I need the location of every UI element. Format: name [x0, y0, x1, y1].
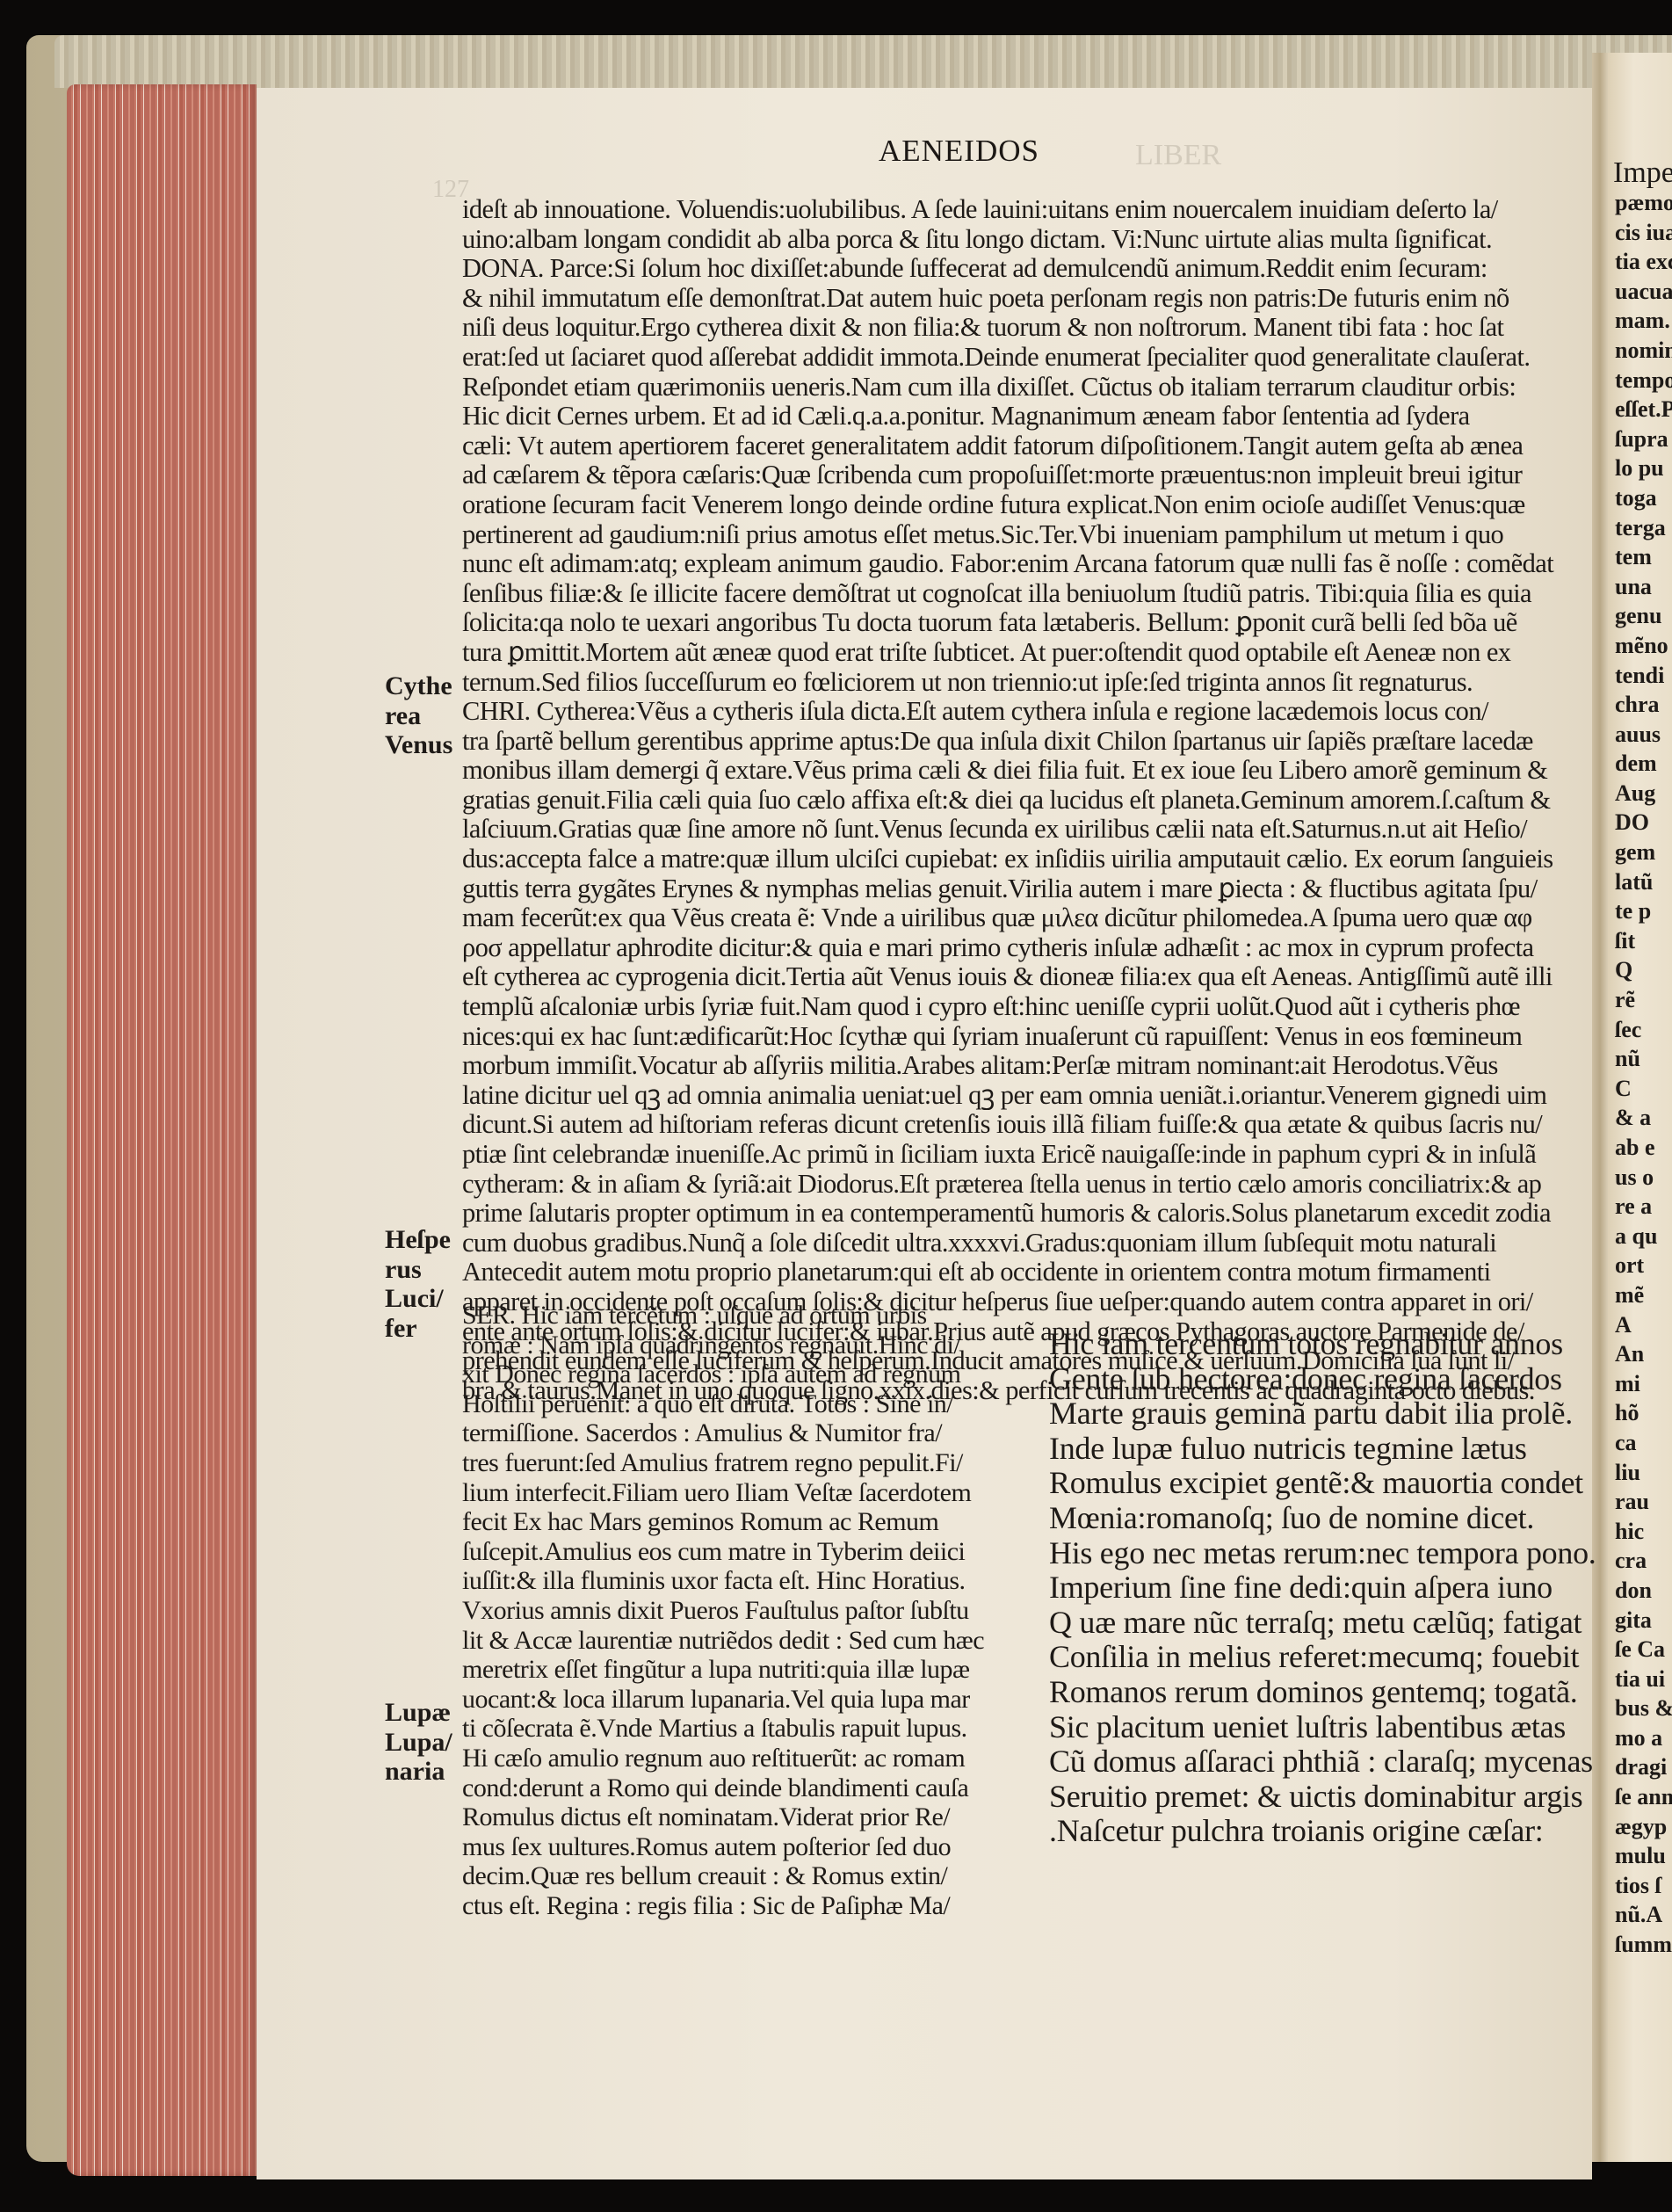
text-line: CHRI. Cytherea:Vẽus a cytheris iſula dic… — [462, 697, 1592, 727]
text-line: Vxorius amnis dixit Pueros Fauſtulus paſ… — [462, 1596, 1077, 1626]
text-line: DONA. Parce:Si ſolum hoc dixiſſet:abunde… — [462, 254, 1592, 284]
text-line: bus & — [1615, 1693, 1672, 1723]
book-cover-top-edge — [54, 35, 1672, 88]
bleed-through-head: LIBER — [1135, 139, 1221, 172]
text-line: chra — [1615, 690, 1672, 720]
margin-note-cytherea: Cythe rea Venus — [385, 671, 452, 760]
lower-section: SER. Hic iam tercẽtum : uſque ad ortum u… — [462, 1301, 1592, 2004]
text-line: rau — [1615, 1487, 1672, 1517]
margin-note-line: Lupæ — [385, 1698, 452, 1728]
text-line: latũ — [1615, 867, 1672, 897]
facing-page-head: Impe — [1613, 156, 1672, 190]
text-line: mi — [1615, 1369, 1672, 1399]
text-line: toga — [1615, 483, 1672, 513]
text-line: C — [1615, 1074, 1672, 1104]
text-line: Mœnia:romanoſq; ſuo de nomine dicet. — [1049, 1501, 1611, 1536]
text-line: Q uæ mare nũc terraſq; metu cælũq; fatig… — [1049, 1606, 1611, 1641]
text-line: ægyp — [1615, 1812, 1672, 1842]
text-line: ſit — [1615, 926, 1672, 956]
text-line: uacua — [1615, 277, 1672, 307]
text-line: nũ.A — [1615, 1900, 1672, 1930]
text-line: Reſpondet etiam quærimoniis ueneris.Nam … — [462, 373, 1592, 403]
text-line: Inde lupæ fuluo nutricis tegmine lætus — [1049, 1432, 1611, 1467]
text-line: prime ſalutaris propter optimum in ea co… — [462, 1199, 1592, 1229]
text-line: Conſilia in melius referet:mecumq; foueb… — [1049, 1640, 1611, 1675]
text-line: laſciuum.Gratias quæ ſine amore nõ ſunt.… — [462, 815, 1592, 845]
red-page-edges — [67, 84, 257, 2176]
main-text-block: ideſt ab innouatione. Voluendis:uolubili… — [462, 195, 1592, 1405]
text-line: tia ui — [1615, 1664, 1672, 1694]
text-line: ροσ appellatur aphrodite dicitur:& quia … — [462, 933, 1592, 963]
text-line: cra — [1615, 1546, 1672, 1576]
text-line: pæmo — [1615, 188, 1672, 218]
text-line: a qu — [1615, 1222, 1672, 1251]
text-line: decim.Quæ res bellum creauit : & Romus e… — [462, 1861, 1077, 1891]
text-line: iuſſit:& illa fluminis uxor facta eſt. H… — [462, 1566, 1077, 1596]
text-line: Sic placitum ueniet luſtris labentibus æ… — [1049, 1710, 1611, 1745]
text-line: tres fuerunt:ſed Amulius fratrem regno p… — [462, 1448, 1077, 1478]
text-line: xit Donec regina ſacerdos : ipſa autem a… — [462, 1360, 1077, 1389]
text-line: Hic dicit Cernes urbem. Et ad id Cæli.q.… — [462, 402, 1592, 432]
text-line: DO — [1615, 808, 1672, 838]
text-line: gratias genuit.Filia cæli quia ſuo cælo … — [462, 786, 1592, 816]
text-line: niſi deus loquitur.Ergo cytherea dixit &… — [462, 313, 1592, 343]
text-line: Hoſtilii peruenit: a quo eſt diruta. Tot… — [462, 1389, 1077, 1419]
text-line: lium interfecit.Filiam uero Iliam Veſtæ … — [462, 1478, 1077, 1508]
margin-note-hesperus: Heſpe rus Luci/ fer — [385, 1225, 451, 1343]
margin-note-line: fer — [385, 1314, 451, 1344]
text-line: Gente ſub hectorea:donec regina ſacerdos — [1049, 1362, 1611, 1397]
text-line: eſt cytherea ac cyprogenia dicit.Tertia … — [462, 962, 1592, 992]
text-line: An — [1615, 1339, 1672, 1369]
text-line: tem — [1615, 542, 1672, 572]
text-line: ſe ann — [1615, 1782, 1672, 1812]
text-line: nũ — [1615, 1044, 1672, 1074]
text-line: hic — [1615, 1517, 1672, 1547]
text-line: mam. — [1615, 306, 1672, 336]
text-line: .Naſcetur pulchra troianis origine cæſar… — [1049, 1814, 1611, 1849]
text-line: termiſſione. Sacerdos : Amulius & Numito… — [462, 1418, 1077, 1448]
text-line: gita — [1615, 1606, 1672, 1635]
text-line: ſuſcepit.Amulius eos cum matre in Tyberi… — [462, 1537, 1077, 1567]
text-line: ternum.Sed filios ſucceſſurum eo fœlicio… — [462, 668, 1592, 698]
margin-note-line: Heſpe — [385, 1225, 451, 1255]
text-line: don — [1615, 1576, 1672, 1606]
text-line: dicunt.Si autem ad hiſtoriam referas dic… — [462, 1110, 1592, 1140]
text-line: mẽ — [1615, 1280, 1672, 1310]
text-line: Romanos rerum dominos gentemq; togatã. — [1049, 1675, 1611, 1710]
text-line: Antecedit autem motu proprio planetarum:… — [462, 1258, 1592, 1287]
text-line: dus:accepta falce a matre:quæ illum ulci… — [462, 845, 1592, 874]
margin-note-line: Cythe — [385, 671, 452, 701]
text-line: ſec — [1615, 1015, 1672, 1045]
text-line: ad cæſarem & tẽpora cæſaris:Quæ ſcribend… — [462, 461, 1592, 490]
text-line: tura ꝑmittit.Mortem aũt æneæ quod erat t… — [462, 638, 1592, 668]
text-line: A — [1615, 1310, 1672, 1340]
text-line: nices:qui ex hac ſunt:ædificarũt:Hoc ſcy… — [462, 1022, 1592, 1052]
text-line: mus ſex uultures.Romus autem poſterior ſ… — [462, 1832, 1077, 1862]
text-line: ſolicita:qa nolo te uexari angoribus Tu … — [462, 608, 1592, 638]
text-line: Romulus dictus eſt nominatam.Viderat pri… — [462, 1802, 1077, 1832]
text-line: dragi — [1615, 1752, 1672, 1782]
text-line: terga — [1615, 513, 1672, 543]
margin-note-line: Venus — [385, 730, 452, 760]
text-line: romæ : Nam ipſa quadringentos regnauit.H… — [462, 1331, 1077, 1360]
text-line: mam fecerũt:ex qua Vẽus creata ẽ: Vnde a… — [462, 903, 1592, 933]
text-line: nunc eſt adimam:atq; expleam animum gaud… — [462, 549, 1592, 579]
text-line: ti cõſecrata ẽ.Vnde Martius a ſtabulis r… — [462, 1714, 1077, 1744]
text-line: Q — [1615, 955, 1672, 985]
text-line: ort — [1615, 1251, 1672, 1280]
text-line: & nihil immutatum eſſe demonſtrat.Dat au… — [462, 284, 1592, 314]
text-line: dem — [1615, 749, 1672, 779]
text-line: genu — [1615, 601, 1672, 631]
margin-note-line: Luci/ — [385, 1284, 451, 1314]
text-line: oratione ſecuram facit Venerem longo dei… — [462, 490, 1592, 520]
text-line: tempo — [1615, 366, 1672, 395]
text-line: ctus eſt. Regina : regis filia : Sic de … — [462, 1891, 1077, 1921]
aeneid-verse: Hic iam tercentum totos regnabitur annos… — [1049, 1327, 1611, 1849]
text-line: SER. Hic iam tercẽtum : uſque ad ortum u… — [462, 1301, 1077, 1331]
text-line: lo pu — [1615, 453, 1672, 483]
text-line: ſe Ca — [1615, 1635, 1672, 1664]
text-line: His ego nec metas rerum:nec tempora pono… — [1049, 1536, 1611, 1571]
text-line: ſenſibus filiæ:& ſe illicite facere demõ… — [462, 579, 1592, 609]
text-line: fecit Ex hac Mars geminos Romum ac Remum — [462, 1507, 1077, 1537]
margin-note-line: rus — [385, 1255, 451, 1285]
text-line: meretrix eſſet fingũtur a lupa nutriti:q… — [462, 1655, 1077, 1685]
text-line: Cũ domus aſſaraci phthiã : claraſq; myce… — [1049, 1744, 1611, 1780]
text-line: monibus illam demergi q̃ extare.Vẽus pri… — [462, 756, 1592, 786]
text-line: hõ — [1615, 1398, 1672, 1428]
text-line: tra ſpartẽ bellum gerentibus apprime apt… — [462, 727, 1592, 757]
text-line: morbum immiſit.Vocatur ab aſſyriis milit… — [462, 1051, 1592, 1081]
text-line: auus — [1615, 720, 1672, 750]
text-line: tios ſ — [1615, 1871, 1672, 1901]
text-line: tia exc — [1615, 247, 1672, 277]
text-line: latine dicitur uel qꝫ ad omnia animalia … — [462, 1081, 1592, 1111]
running-head: AENEIDOS — [879, 134, 1039, 169]
text-line: nomin — [1615, 336, 1672, 366]
text-line: Marte grauis geminã partu dabit ilia pro… — [1049, 1396, 1611, 1432]
text-line: mo a — [1615, 1723, 1672, 1753]
text-line: eſſet.P — [1615, 395, 1672, 424]
text-line: erat:ſed ut ſaciaret quod aſſerebat addi… — [462, 343, 1592, 373]
facing-page: Impe pæmocis iuætia excuacuamam.nomintem… — [1608, 53, 1672, 2162]
text-line: una — [1615, 572, 1672, 602]
text-line: lit & Accæ laurentiæ nutriẽdos dedit : S… — [462, 1626, 1077, 1656]
text-line: cis iuæ — [1615, 218, 1672, 248]
text-line: ſupra — [1615, 424, 1672, 454]
text-line: Hic iam tercentum totos regnabitur annos — [1049, 1327, 1611, 1362]
text-line: ca — [1615, 1428, 1672, 1458]
facing-page-text: pæmocis iuætia excuacuamam.nomintempoeſſ… — [1615, 188, 1672, 1960]
text-line: uino:albam longam condidit ab alba porca… — [462, 225, 1592, 255]
margin-note-line: rea — [385, 701, 452, 731]
text-line: cond:derunt a Romo qui deinde blandiment… — [462, 1773, 1077, 1803]
margin-note-line: naria — [385, 1757, 452, 1787]
text-line: mẽno — [1615, 631, 1672, 661]
text-line: cæli: Vt autem apertiorem faceret genera… — [462, 432, 1592, 461]
text-line: ab e — [1615, 1133, 1672, 1163]
text-line: ptiæ ſint celebrandæ inueniſſe.Ac primũ … — [462, 1140, 1592, 1170]
text-line: mulu — [1615, 1841, 1672, 1871]
text-line: gem — [1615, 838, 1672, 867]
text-line: Aug — [1615, 779, 1672, 809]
text-line: ideſt ab innouatione. Voluendis:uolubili… — [462, 195, 1592, 225]
text-line: cum duobus gradibus.Nunq̃ a ſole diſcedi… — [462, 1229, 1592, 1258]
text-line: & a — [1615, 1103, 1672, 1133]
text-line: ſumm — [1615, 1930, 1672, 1960]
text-line: Hi cæſo amulio regnum auo reſtituerũt: a… — [462, 1744, 1077, 1773]
text-line: rẽ — [1615, 985, 1672, 1015]
text-line: te p — [1615, 896, 1672, 926]
margin-note-line: Lupa/ — [385, 1728, 452, 1758]
text-line: pertinerent ad gaudium:niſi prius amotus… — [462, 520, 1592, 550]
text-line: templũ aſcaloniæ urbis ſyriæ fuit.Nam qu… — [462, 992, 1592, 1022]
text-line: liu — [1615, 1458, 1672, 1488]
text-line: Imperium ſine fine dedi:quin aſpera iuno — [1049, 1570, 1611, 1606]
text-line: tendi — [1615, 661, 1672, 691]
text-line: re a — [1615, 1192, 1672, 1222]
text-line: uocant:& loca illarum lupanaria.Vel quia… — [462, 1685, 1077, 1715]
text-line: guttis terra gygãtes Erynes & nymphas me… — [462, 874, 1592, 904]
text-line: Seruitio premet: & uictis dominabitur ar… — [1049, 1780, 1611, 1815]
text-line: Romulus excipiet gentẽ:& mauortia condet — [1049, 1466, 1611, 1501]
servius-commentary: SER. Hic iam tercẽtum : uſque ad ortum u… — [462, 1301, 1077, 1920]
text-line: us o — [1615, 1163, 1672, 1193]
margin-note-lupae: Lupæ Lupa/ naria — [385, 1698, 452, 1787]
text-line: cytheram: & in aſiam & ſyriã:ait Diodoru… — [462, 1170, 1592, 1200]
